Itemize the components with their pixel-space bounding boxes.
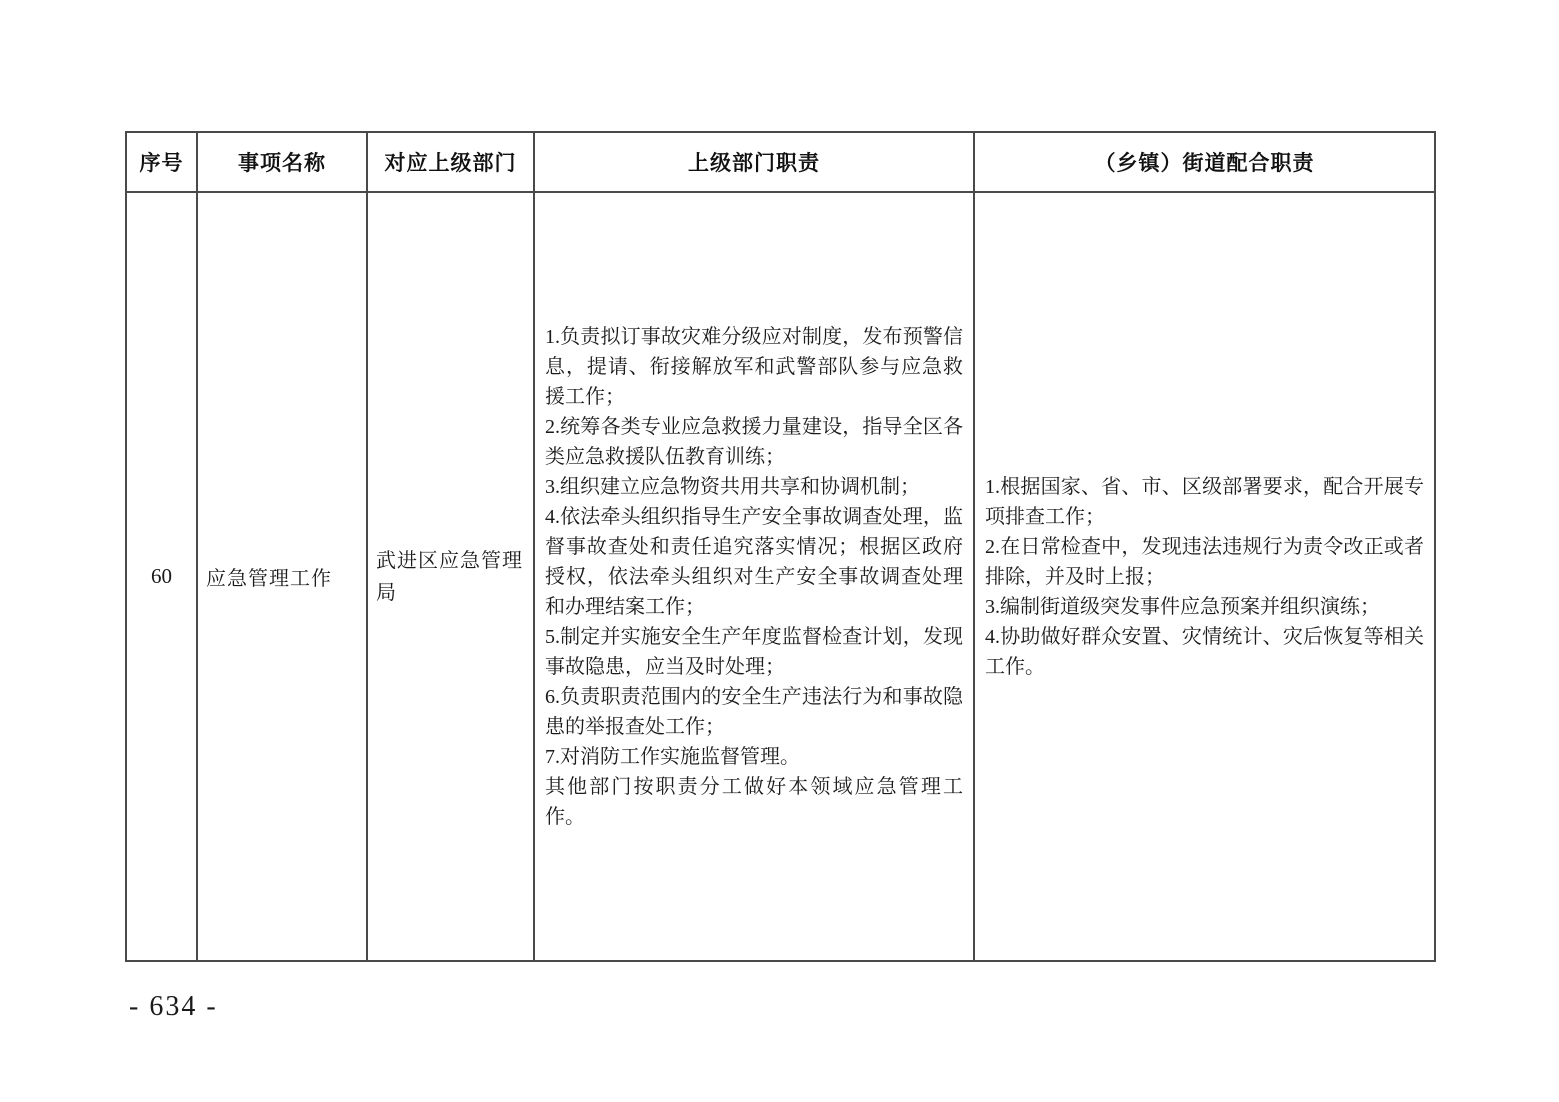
header-seq: 序号 — [126, 132, 197, 192]
header-superior-duties: 上级部门职责 — [534, 132, 974, 192]
cell-item-name: 应急管理工作 — [197, 192, 367, 961]
cell-department: 武进区应急管理局 — [367, 192, 534, 961]
table-row: 60 应急管理工作 武进区应急管理局 1.负责拟订事故灾难分级应对制度，发布预警… — [126, 192, 1435, 961]
header-street-duties: （乡镇）街道配合职责 — [974, 132, 1435, 192]
document-page: { "document": { "page_number": "- 634 -"… — [0, 0, 1559, 1102]
duties-table: 序号 事项名称 对应上级部门 上级部门职责 （乡镇）街道配合职责 60 应急管理… — [125, 131, 1436, 962]
table-header-row: 序号 事项名称 对应上级部门 上级部门职责 （乡镇）街道配合职责 — [126, 132, 1435, 192]
header-department: 对应上级部门 — [367, 132, 534, 192]
cell-seq: 60 — [126, 192, 197, 961]
header-item-name: 事项名称 — [197, 132, 367, 192]
page-number: - 634 - — [129, 991, 218, 1023]
duties-table-container: 序号 事项名称 对应上级部门 上级部门职责 （乡镇）街道配合职责 60 应急管理… — [125, 131, 1434, 962]
cell-street-duties: 1.根据国家、省、市、区级部署要求，配合开展专项排查工作； 2.在日常检查中，发… — [974, 192, 1435, 961]
cell-superior-duties: 1.负责拟订事故灾难分级应对制度，发布预警信息，提请、衔接解放军和武警部队参与应… — [534, 192, 974, 961]
